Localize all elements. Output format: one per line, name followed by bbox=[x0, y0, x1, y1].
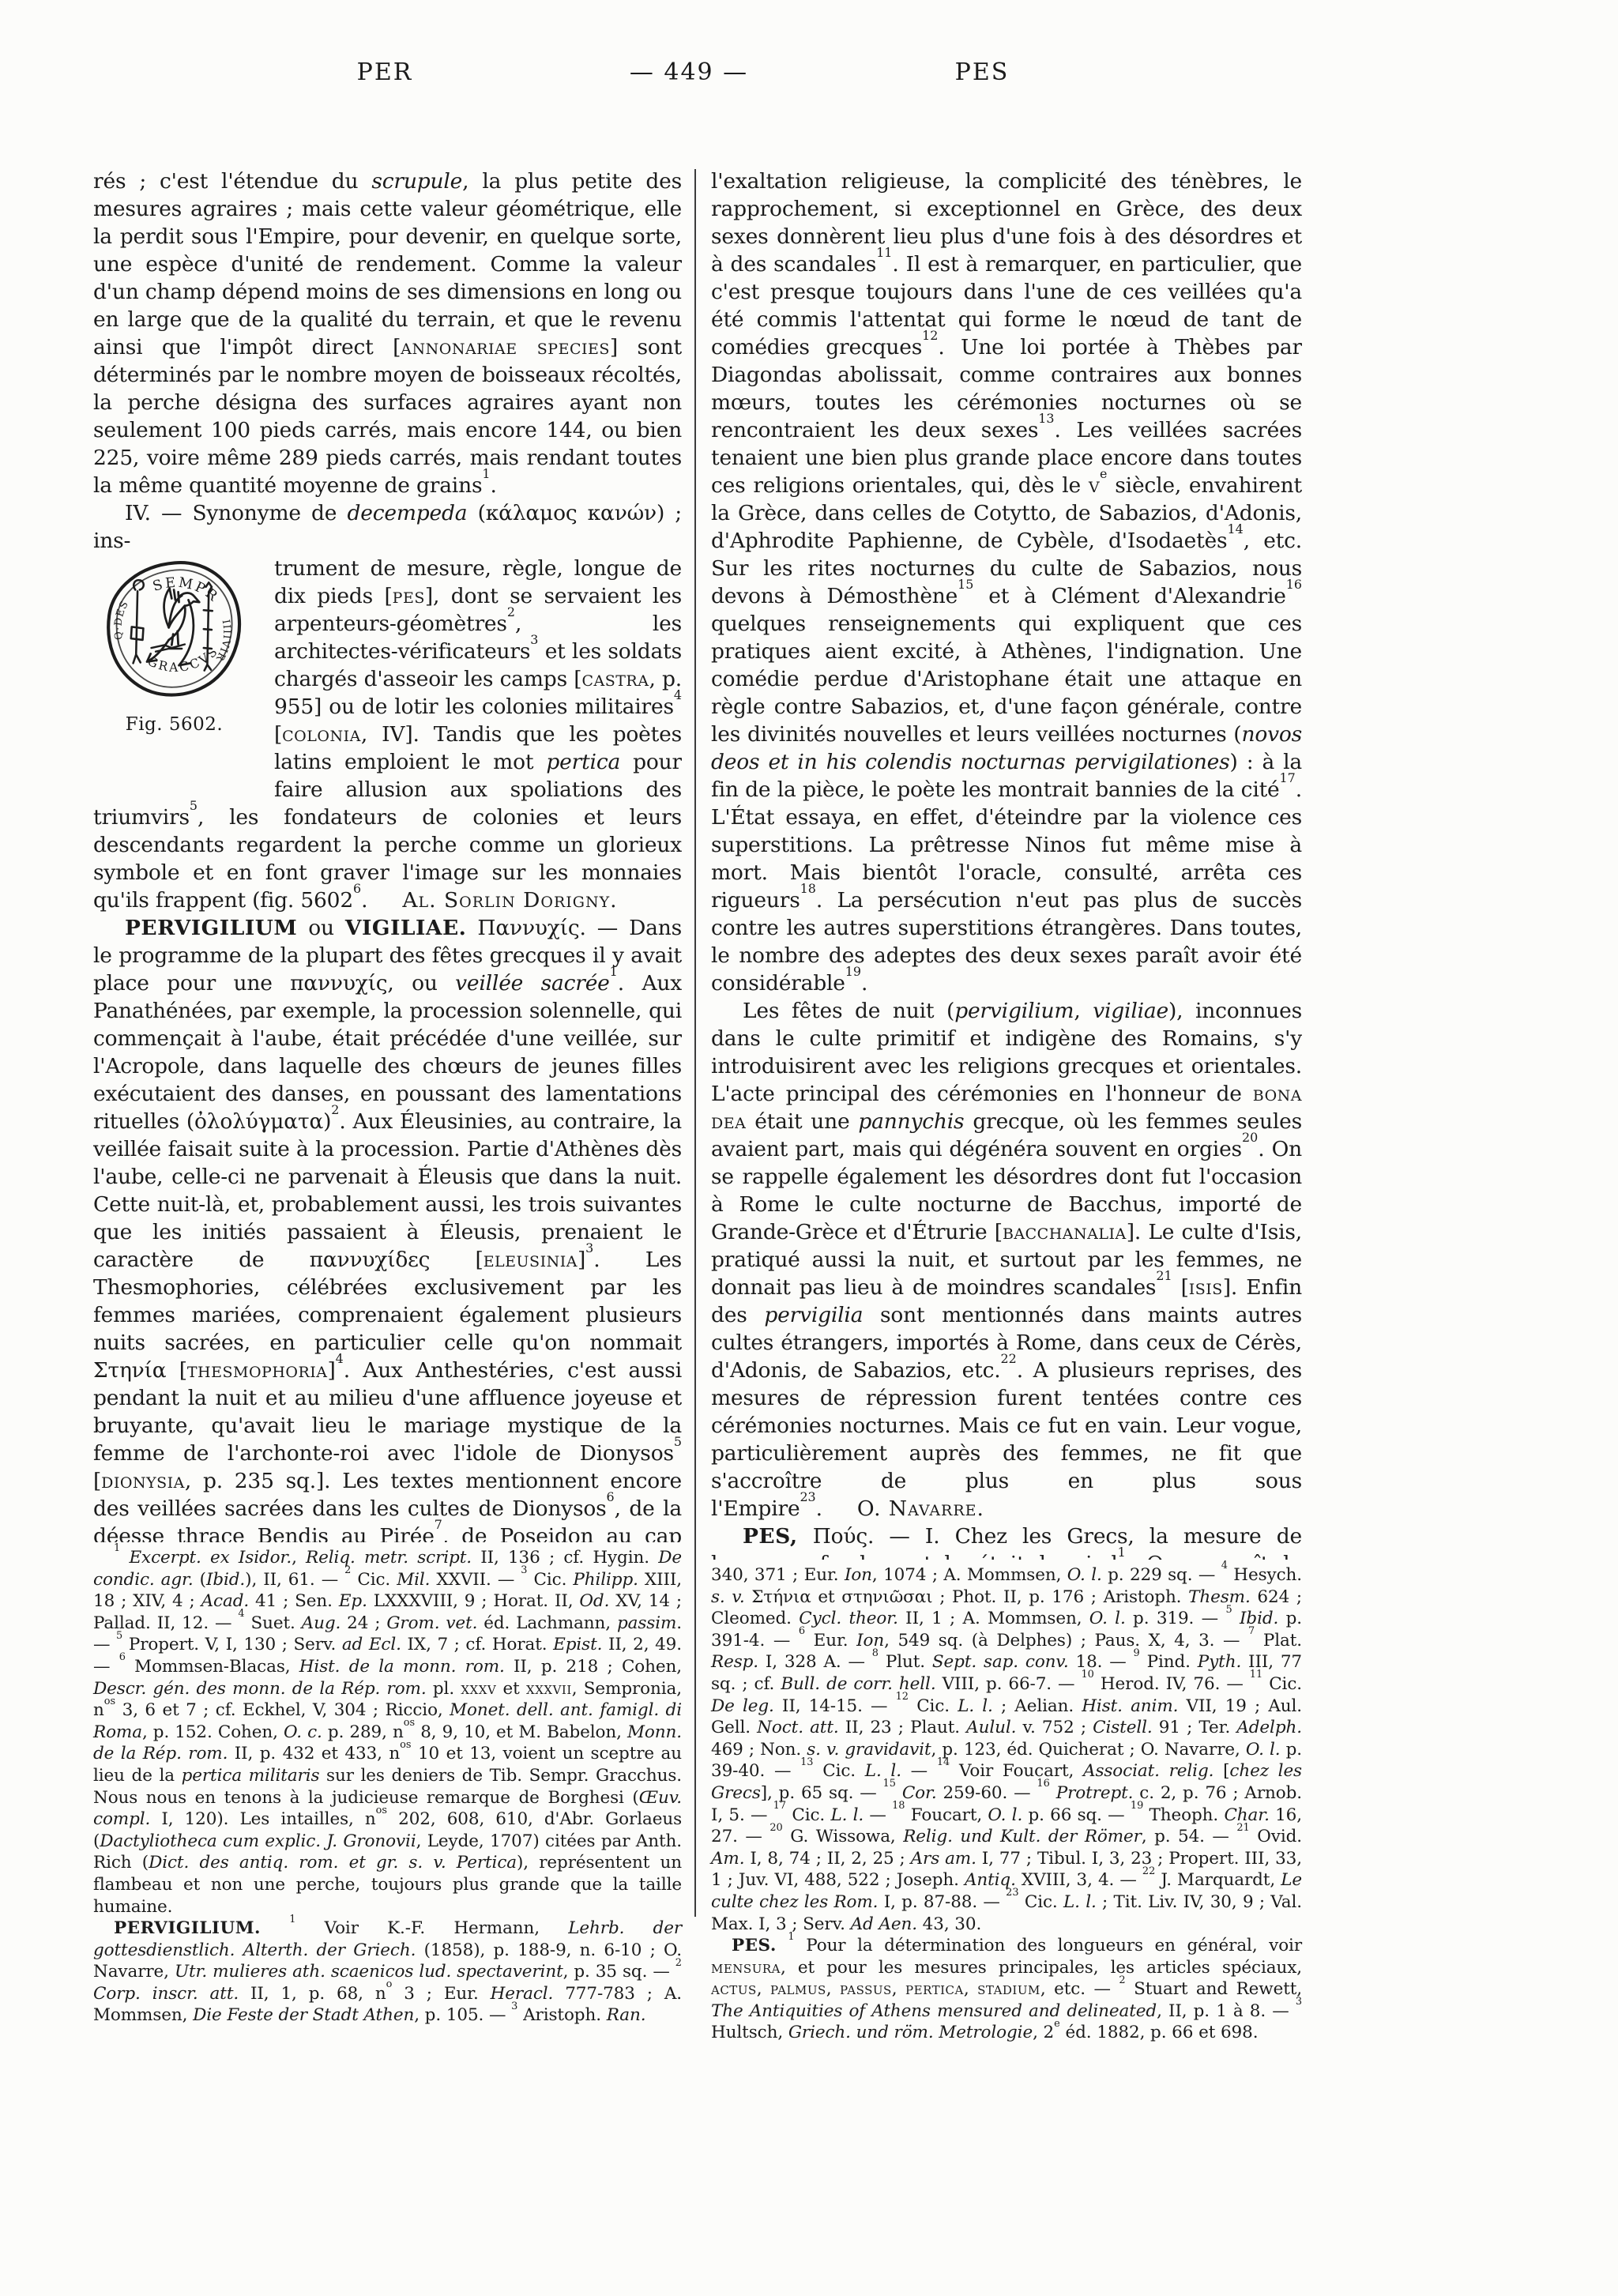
paragraph-pervigilium-entry: PERVIGILIUM ou VIGILIAE. Παννυχίς. — Dan… bbox=[93, 914, 682, 1542]
footnote-block: PES. 1 Pour la détermination des longueu… bbox=[711, 1935, 1302, 2044]
running-head-right: PES bbox=[955, 58, 1010, 86]
page-number: — 449 — bbox=[630, 58, 748, 86]
dictionary-page: PER — 449 — PES rés ; c'est l'étendue du… bbox=[0, 0, 1618, 2296]
paragraph-decempeda-body: SEMPR GRACCVS IIIIVIR Q·DES Fig. 5602. t… bbox=[93, 555, 682, 914]
column-divider-rule bbox=[694, 169, 696, 1917]
running-head-left: PER bbox=[357, 58, 413, 86]
figure-caption: Fig. 5602. bbox=[93, 714, 255, 735]
footnote-block: PERVIGILIUM. 1 Voir K.-F. Hermann, Lehrb… bbox=[93, 1918, 682, 2027]
footnotes-right: 340, 371 ; Eur. Ion, 1074 ; A. Mommsen, … bbox=[711, 1564, 1302, 2044]
right-column-text: l'exaltation religieuse, la complicité d… bbox=[711, 167, 1302, 1560]
paragraph-fetes-de-nuit: Les fêtes de nuit (pervigilium, vigiliae… bbox=[711, 997, 1302, 1523]
footnote-block: 340, 371 ; Eur. Ion, 1074 ; A. Mommsen, … bbox=[711, 1564, 1302, 1935]
footnote-block: 1 Excerpt. ex Isidor., Reliq. metr. scri… bbox=[93, 1547, 682, 1918]
paragraph-decempeda-lead: IV. — Synonyme de decempeda (κάλαμος καν… bbox=[93, 499, 682, 555]
paragraph-pes-entry: PES, Πούς. — I. Chez les Grecs, la mesur… bbox=[711, 1523, 1302, 1560]
svg-text:Q·DES: Q·DES bbox=[112, 599, 131, 641]
left-column: rés ; c'est l'étendue du scrupule, la pl… bbox=[93, 167, 682, 1953]
paragraph-exaltation: l'exaltation religieuse, la complicité d… bbox=[711, 167, 1302, 997]
coin-engraving-icon: SEMPR GRACCVS IIIIVIR Q·DES bbox=[102, 558, 247, 703]
footnotes-left: 1 Excerpt. ex Isidor., Reliq. metr. scri… bbox=[93, 1547, 682, 2027]
right-column: l'exaltation religieuse, la complicité d… bbox=[711, 167, 1302, 1953]
svg-text:IIIIVIR: IIIIVIR bbox=[213, 619, 231, 663]
left-column-text: rés ; c'est l'étendue du scrupule, la pl… bbox=[93, 167, 682, 1542]
paragraph-scrupule: rés ; c'est l'étendue du scrupule, la pl… bbox=[93, 167, 682, 499]
figure-coin: SEMPR GRACCVS IIIIVIR Q·DES Fig. 5602. bbox=[93, 558, 255, 735]
